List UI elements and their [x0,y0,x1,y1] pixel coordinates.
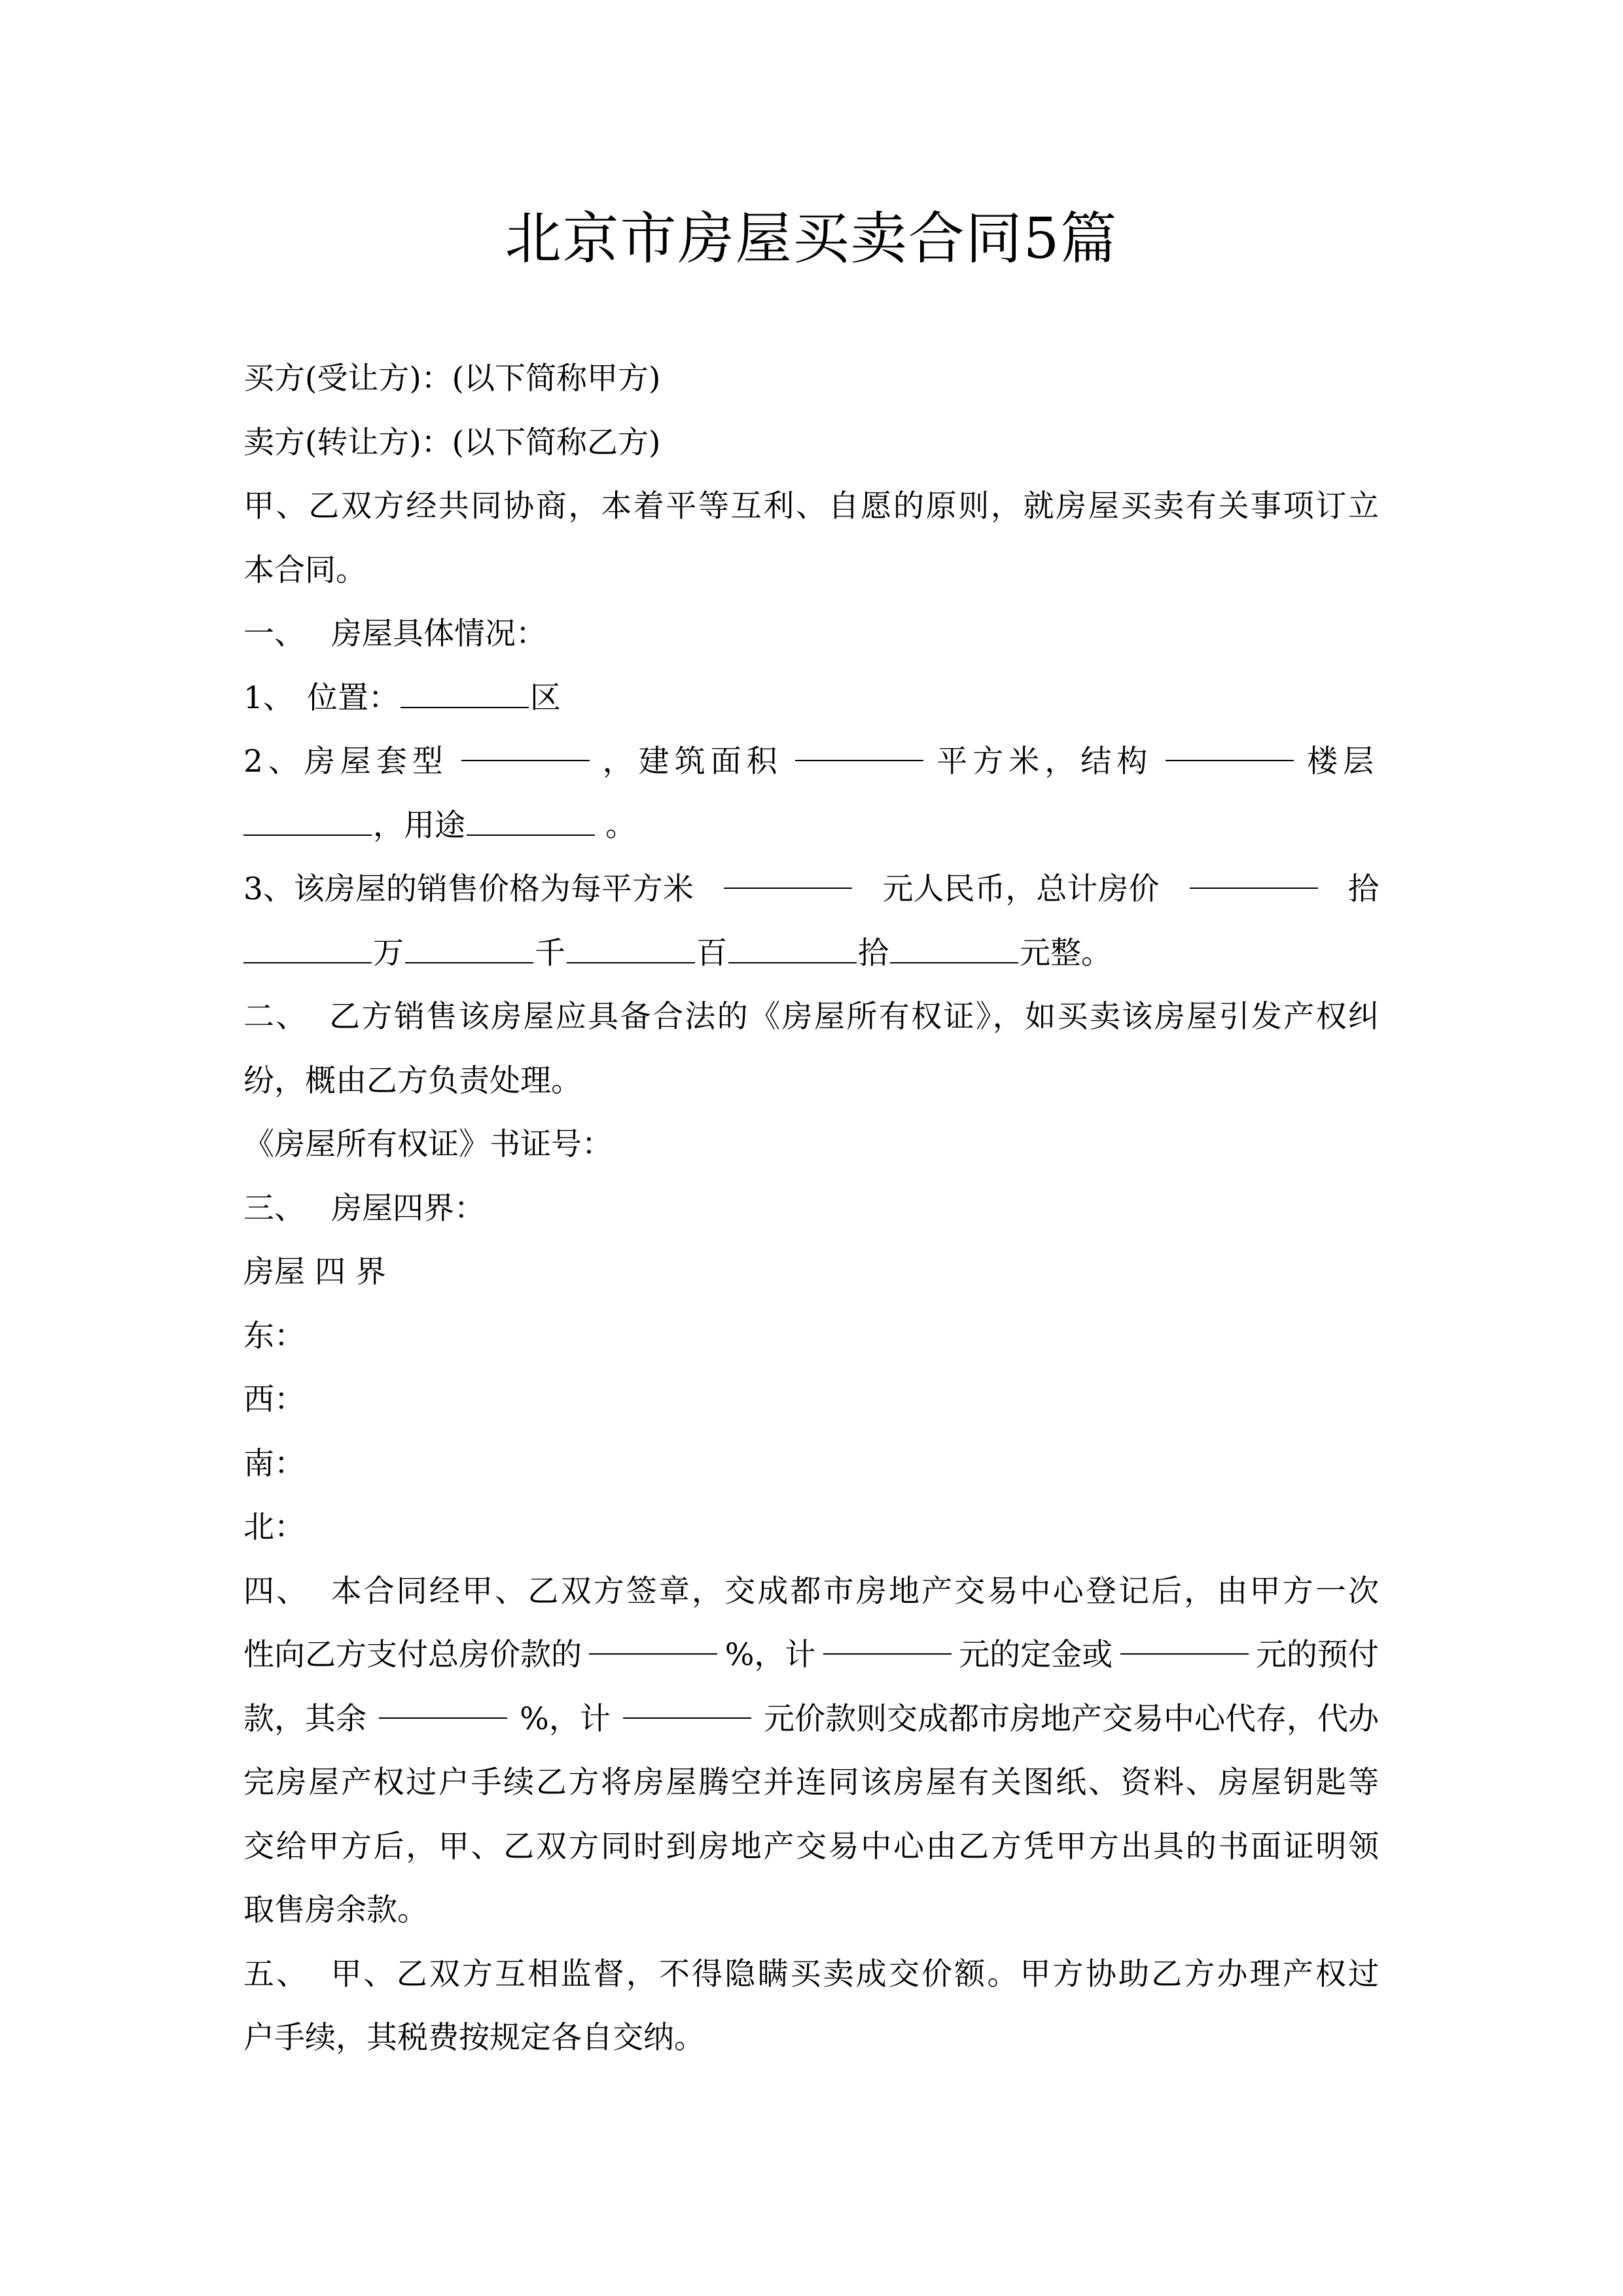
blank-field-district[interactable] [401,677,529,708]
blank-field-remaining-percent[interactable] [379,1687,507,1719]
boundary-east: 东： [243,1304,1379,1369]
section-3-heading: 三、房屋四界： [243,1177,1379,1241]
boundary-north: 北： [243,1496,1379,1560]
blank-field-unit-price[interactable] [724,857,852,889]
item-2-line-2: ，用途。 [243,794,1379,858]
boundaries-header: 房屋 四 界 [243,1240,1379,1304]
section-number: 五、 [243,1956,309,1992]
text: ，建筑面积 [603,730,783,794]
boundary-west: 西： [243,1368,1379,1432]
section-title: 房屋四界： [331,1191,485,1227]
text: %，计 [520,1687,611,1751]
item-suffix: 区 [530,680,561,716]
blank-field-deposit-amount[interactable] [823,1623,952,1655]
section-4-line-5: 交给甲方后，甲、乙双方同时到房地产交易中心由乙方凭甲方出具的书面证明领 [243,1815,1379,1879]
seller-line: 卖方(转让方)：(以下简称乙方) [243,411,1379,475]
section-number: 一、 [243,616,305,652]
document-title: 北京市房屋买卖合同5篇 [0,196,1623,281]
blank-field-total-100k[interactable] [1190,857,1318,889]
text: 。 [605,808,636,844]
blank-field-deposit-percent[interactable] [589,1623,717,1655]
intro-line-2: 本合同。 [243,539,1379,603]
blank-field-usage[interactable] [467,804,595,836]
blank-field-yuan[interactable] [890,932,1018,963]
section-4-line-1: 四、本合同经甲、乙双方签章，交成都市房地产交易中心登记后，由甲方一次 [243,1560,1379,1624]
intro-line-1: 甲、乙双方经共同协商，本着平等互利、自愿的原则，就房屋买卖有关事项订立 [243,475,1379,539]
section-4-line-3: 款，其余%，计元价款则交成都市房地产交易中心代存，代办 [243,1687,1379,1751]
document-page: 北京市房屋买卖合同5篇 买方(受让方)：(以下简称甲方) 卖方(转让方)：(以下… [0,0,1623,2296]
text: 元的定金或 [959,1623,1113,1687]
item-1-location: 1、位置：区 [243,666,1379,730]
section-number: 四、 [243,1573,309,1609]
section-text: 本合同经甲、乙双方签章，交成都市房地产交易中心登记后，由甲方一次 [329,1573,1379,1609]
text: 万 [373,935,404,971]
blank-field-floor[interactable] [243,804,372,836]
text: 元价款则交成都市房地产交易中心代存，代办 [764,1687,1379,1751]
document-body: 买方(受让方)：(以下简称甲方) 卖方(转让方)：(以下简称乙方) 甲、乙双方经… [243,347,1379,2070]
text: 百 [696,935,727,971]
text: 2、房屋套型 [243,730,448,794]
blank-field-bai[interactable] [567,932,695,963]
section-number: 三、 [243,1191,305,1227]
blank-field-area[interactable] [795,730,923,761]
section-1-heading: 一、房屋具体情况： [243,602,1379,666]
buyer-line: 买方(受让方)：(以下简称甲方) [243,347,1379,411]
text: 3、该房屋的销售价格为每平方米 [243,857,694,922]
item-2-line-1: 2、房屋套型，建筑面积平方米，结构楼层 [243,730,1379,794]
text: 拾 [1348,857,1379,922]
text: %，计 [725,1623,816,1687]
boundary-south: 南： [243,1432,1379,1496]
blank-field-unit-type[interactable] [461,730,590,761]
item-label: 位置： [307,680,399,716]
section-4-line-2: 性向乙方支付总房价款的%，计元的定金或元的预付 [243,1623,1379,1687]
text: 千 [535,935,565,971]
blank-field-shi[interactable] [728,932,857,963]
text: 性向乙方支付总房价款的 [243,1623,582,1687]
text: 楼层 [1307,730,1379,794]
blank-field-remaining-amount[interactable] [623,1687,751,1719]
section-5-line-1: 五、甲、乙双方互相监督，不得隐瞒买卖成交价额。甲方协助乙方办理产权过 [243,1943,1379,2007]
section-title: 房屋具体情况： [331,616,546,652]
text: 元的预付 [1256,1623,1379,1687]
section-5-line-2: 户手续，其税费按规定各自交纳。 [243,2006,1379,2070]
item-3-line-2: 万千百拾元整。 [243,922,1379,986]
text: 款，其余 [243,1687,366,1751]
blank-field-structure[interactable] [1166,730,1294,761]
section-text: 甲、乙双方互相监督，不得隐瞒买卖成交价额。甲方协助乙方办理产权过 [329,1956,1379,1992]
text: ，用途 [373,808,465,844]
blank-field-wan[interactable] [243,932,372,963]
blank-field-qian[interactable] [405,932,533,963]
section-4-line-4: 完房屋产权过户手续乙方将房屋腾空并连同该房屋有关图纸、资料、房屋钥匙等 [243,1751,1379,1815]
item-number: 1、 [243,680,294,716]
text: 元整。 [1020,935,1112,971]
section-2-line-1: 二、乙方销售该房屋应具备合法的《房屋所有权证》，如买卖该房屋引发产权纠 [243,985,1379,1049]
section-2-line-2: 纷，概由乙方负责处理。 [243,1049,1379,1113]
text: 拾 [858,935,889,971]
text: 平方米，结构 [936,730,1152,794]
section-4-line-6: 取售房余款。 [243,1878,1379,1943]
section-number: 二、 [243,999,308,1035]
section-text: 乙方销售该房屋应具备合法的《房屋所有权证》，如买卖该房屋引发产权纠 [328,999,1379,1035]
item-3-line-1: 3、该房屋的销售价格为每平方米元人民币，总计房价拾 [243,857,1379,922]
blank-field-prepayment[interactable] [1120,1623,1249,1655]
text: 元人民币，总计房价 [882,857,1159,922]
certificate-number-line: 《房屋所有权证》书证号： [243,1113,1379,1177]
